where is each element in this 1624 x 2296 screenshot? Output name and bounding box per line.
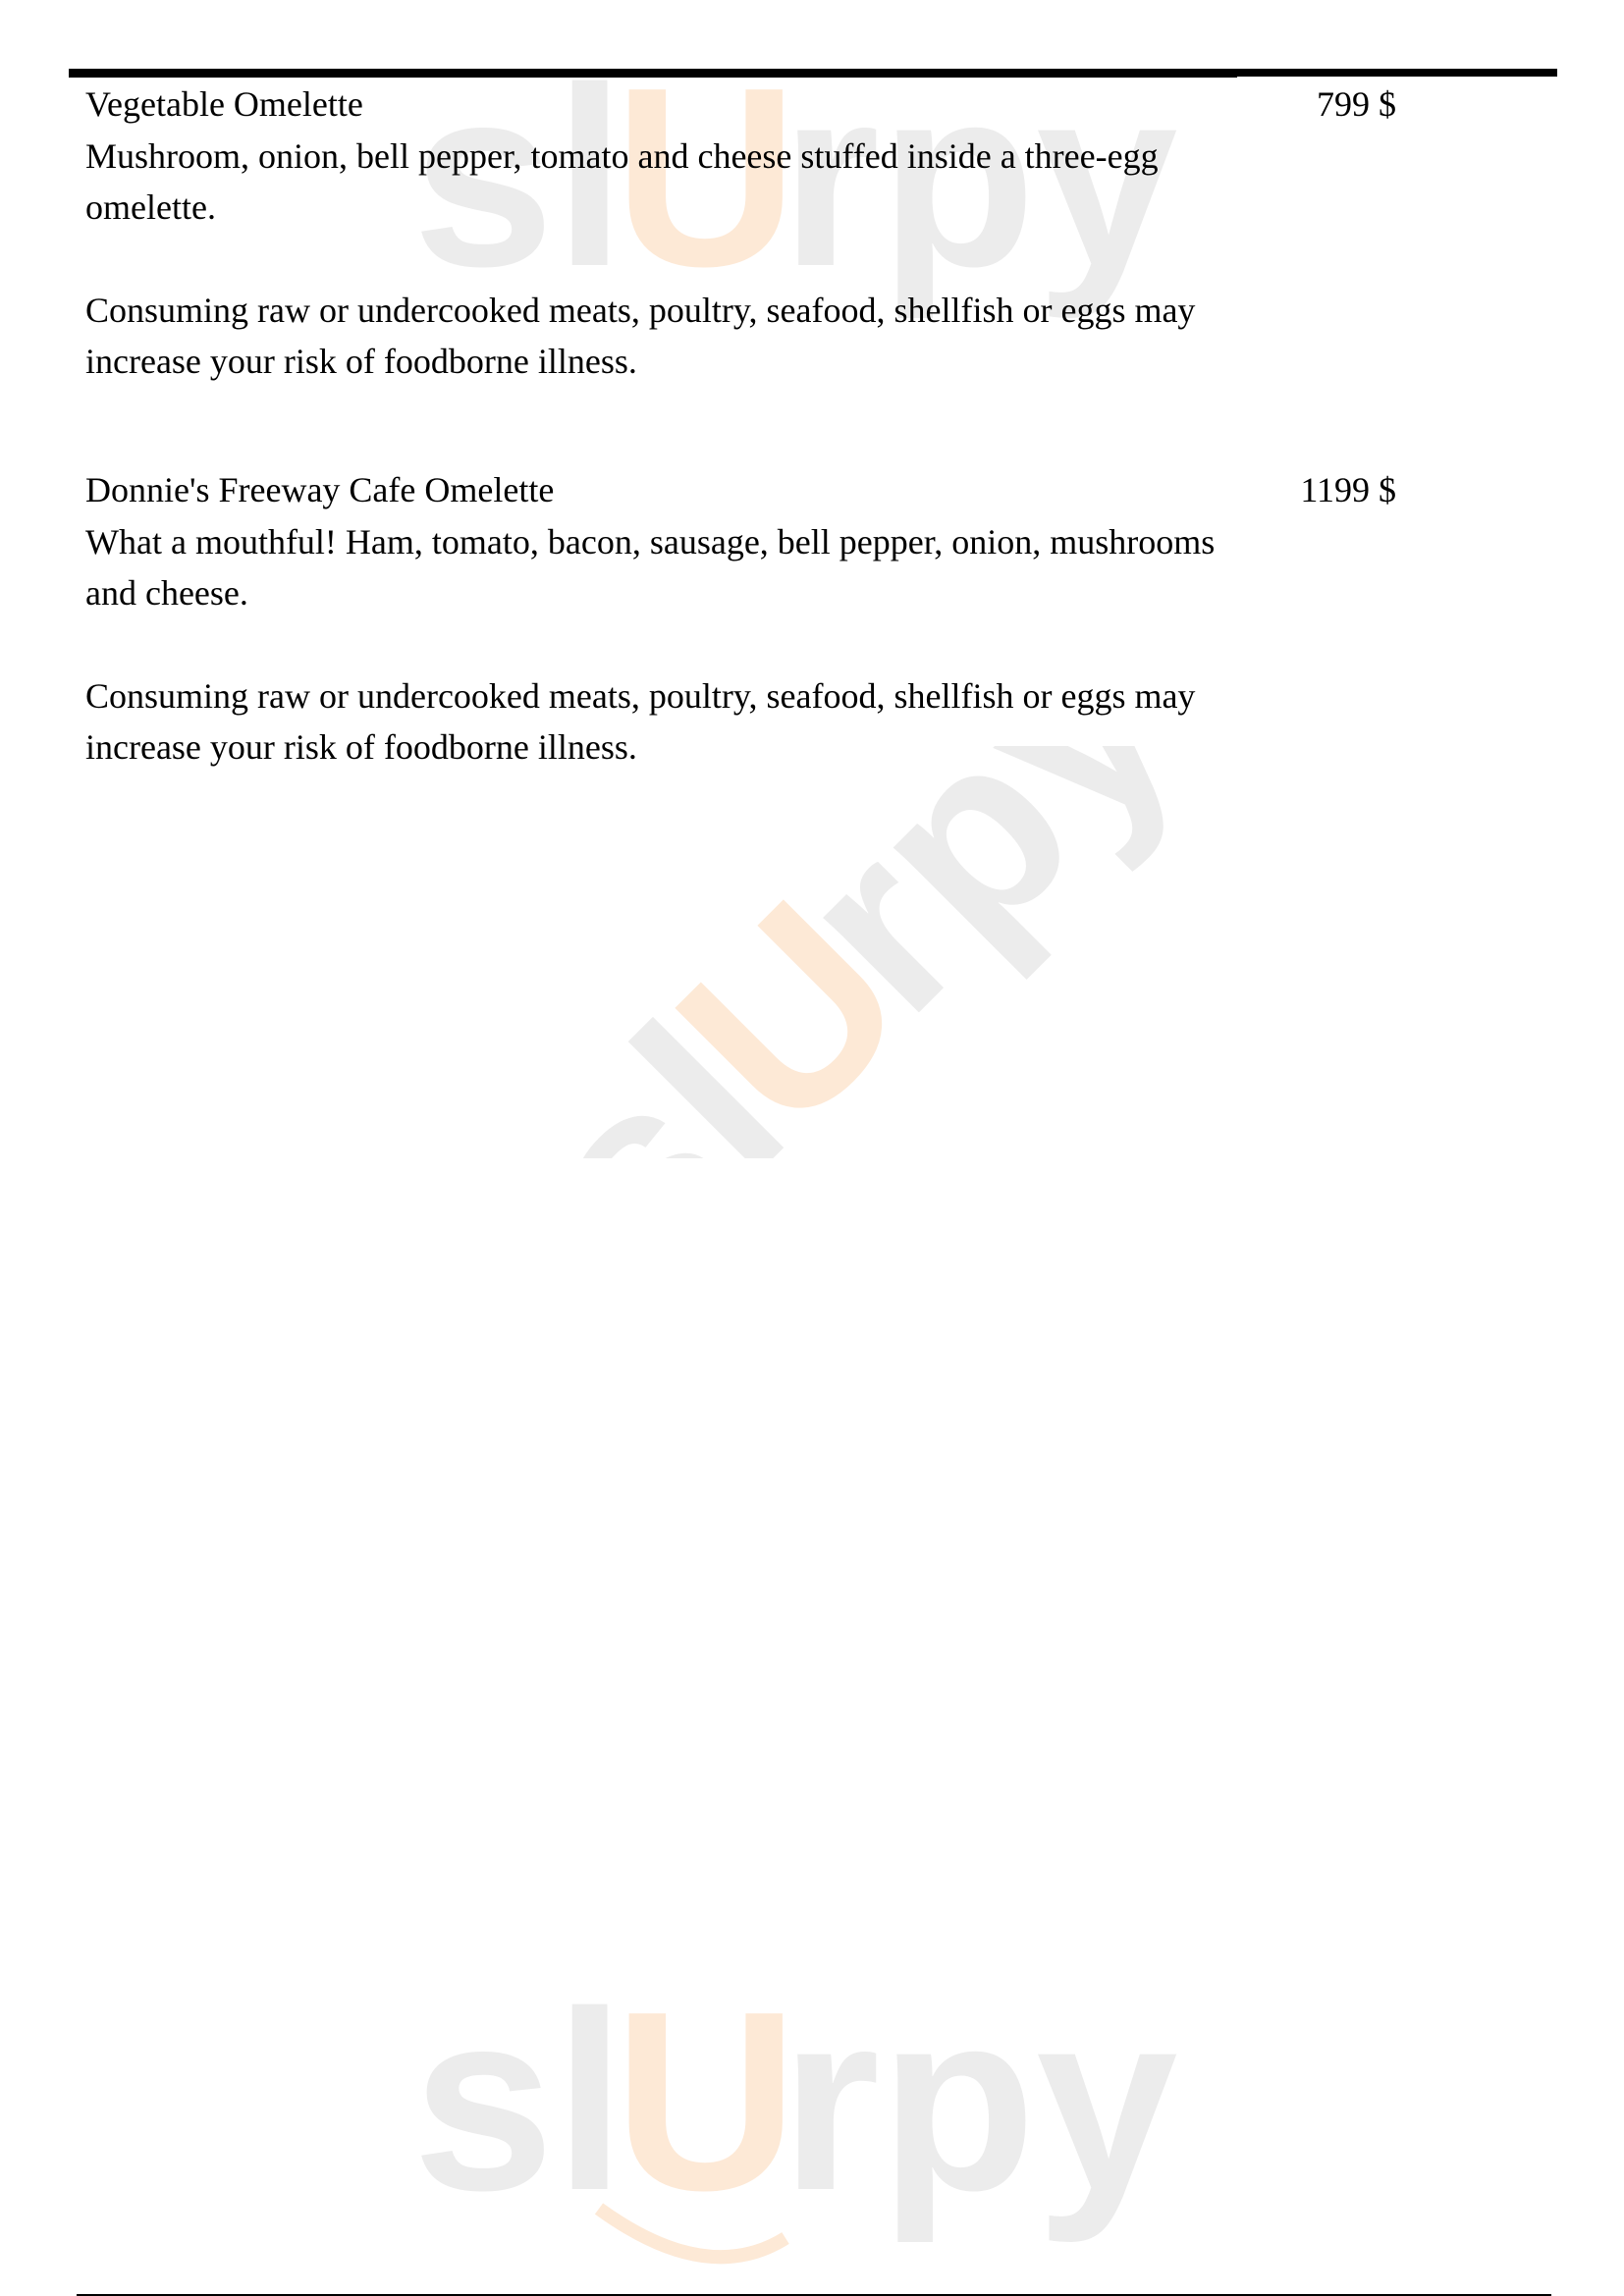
svg-text:U: U [614,1963,798,2244]
top-divider-notch [69,75,1237,78]
menu-item-note: Consuming raw or undercooked meats, poul… [85,285,1244,388]
svg-text:sl: sl [483,973,835,1158]
menu-item-price: 1199 $ [1200,464,1396,515]
menu-item-note: Consuming raw or undercooked meats, poul… [85,670,1244,774]
menu-item: Donnie's Freeway Cafe Omelette What a mo… [85,464,1244,774]
svg-text:U: U [625,850,957,1158]
watermark-logo-bottom: sl U rpy [393,1963,1276,2287]
svg-text:rpy: rpy [744,746,1228,1064]
menu-item-description: Mushroom, onion, bell pepper, tomato and… [85,131,1244,234]
svg-text:rpy: rpy [781,1963,1179,2245]
menu-item-price: 799 $ [1200,79,1396,130]
menu-item-description: What a mouthful! Ham, tomato, bacon, sau… [85,516,1244,619]
menu-item: Vegetable Omelette Mushroom, onion, bell… [85,79,1244,388]
menu-item-name: Vegetable Omelette [85,79,1244,131]
svg-text:sl: sl [412,1963,625,2244]
watermark-logo-middle: sl U rpy [412,746,1296,1158]
menu-item-name: Donnie's Freeway Cafe Omelette [85,464,1244,516]
